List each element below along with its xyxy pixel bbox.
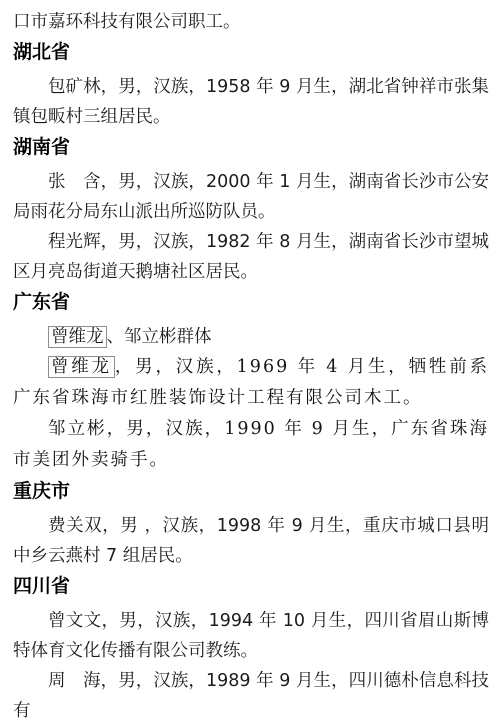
bio-paragraph: 程光辉，男，汉族，1982 年 8 月生，湖南省长沙市望城区月亮岛街道天鹅塘社区… [13, 227, 489, 287]
bio-paragraph: 曾维龙，男，汉族，1969 年 4 月生，牺牲前系广东省珠海市红胜装饰设计工程有… [13, 352, 489, 414]
bio-paragraph: 邹立彬，男，汉族，1990 年 9 月生，广东省珠海市美团外卖骑手。 [13, 414, 489, 476]
bio-paragraph: 周 海，男，汉族，1989 年 9 月生，四川德朴信息科技有 [13, 666, 489, 725]
group-title-rest: 、邹立彬群体 [107, 327, 212, 347]
section-heading-chongqing: 重庆市 [13, 476, 489, 506]
paragraph-continuation: 口市嘉环科技有限公司职工。 [13, 7, 489, 37]
section-heading-hunan: 湖南省 [13, 132, 489, 162]
bio-paragraph: 曾文文，男，汉族，1994 年 10 月生，四川省眉山斯博特体育文化传播有限公司… [13, 606, 489, 666]
bio-paragraph: 包矿林，男，汉族，1958 年 9 月生，湖北省钟祥市张集镇包畈村三组居民。 [13, 72, 489, 132]
boxed-name: 曾维龙 [48, 356, 115, 378]
section-heading-guangdong: 广东省 [13, 287, 489, 317]
bio-paragraph: 费关双，男 ，汉族，1998 年 9 月生，重庆市城口县明中乡云燕村 7 组居民… [13, 511, 489, 571]
section-heading-hubei: 湖北省 [13, 37, 489, 67]
document-page: 口市嘉环科技有限公司职工。 湖北省 包矿林，男，汉族，1958 年 9 月生，湖… [0, 0, 499, 725]
section-heading-sichuan: 四川省 [13, 571, 489, 601]
bio-paragraph: 张 含，男，汉族，2000 年 1 月生，湖南省长沙市公安局雨花分局东山派出所巡… [13, 167, 489, 227]
boxed-name: 曾维龙 [48, 326, 107, 348]
group-title-line: 曾维龙、邹立彬群体 [13, 322, 489, 352]
